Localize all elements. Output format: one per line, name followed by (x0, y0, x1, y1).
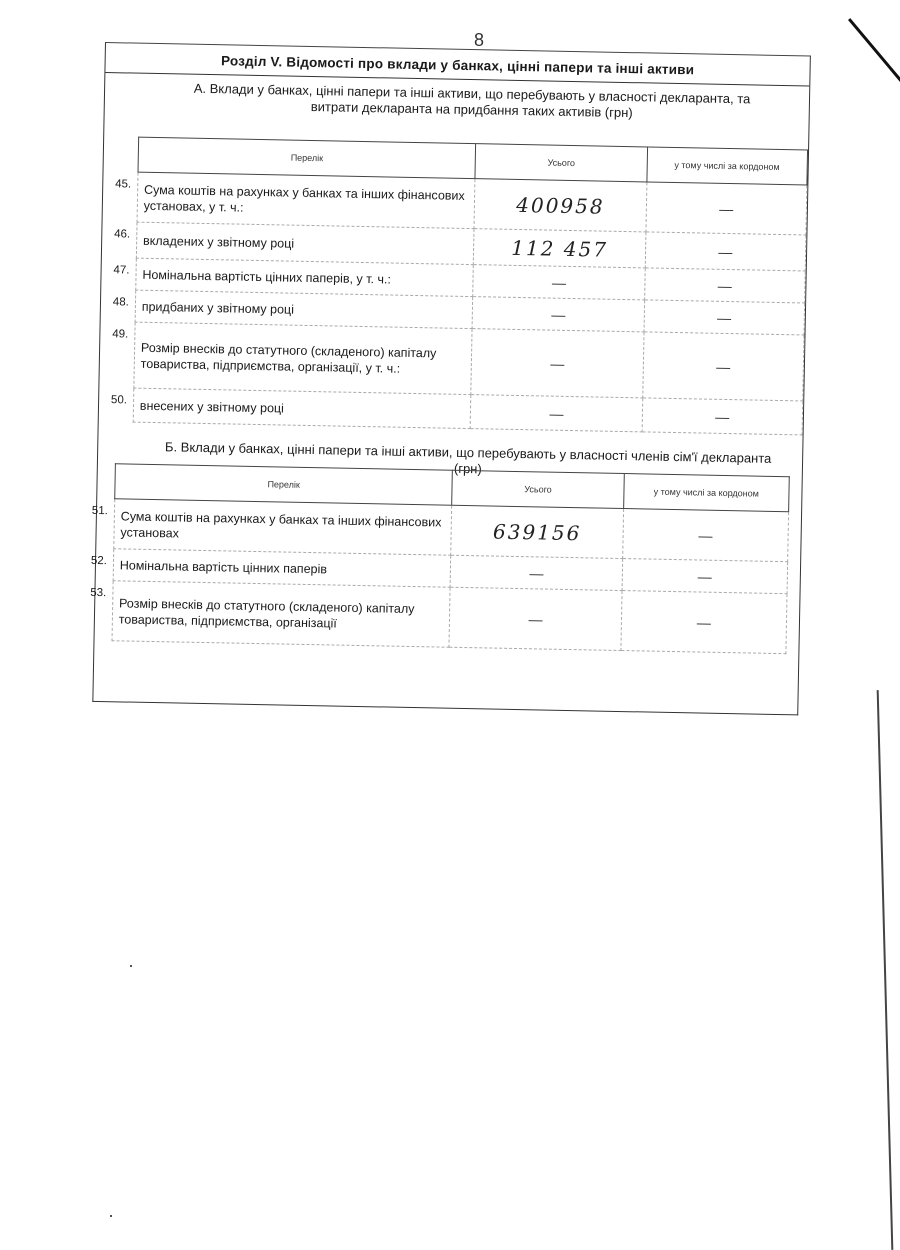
row-number: 45. (108, 172, 138, 223)
row-abroad-value: — (622, 559, 788, 594)
row-total-value: — (451, 555, 623, 590)
row-number: 49. (104, 322, 135, 389)
row-total-value: — (473, 265, 645, 300)
header-total: Усього (475, 144, 647, 182)
row-abroad-value: — (646, 182, 807, 235)
row-abroad-value: — (644, 300, 805, 335)
row-total-value: — (449, 587, 621, 650)
row-label: Сума коштів на рахунках у банках та інши… (114, 499, 452, 555)
row-abroad-value: — (645, 232, 806, 271)
part-a-table: Перелік Усього у тому числі за кордоном … (104, 136, 808, 435)
header-abroad: у тому числі за кордоном (647, 147, 808, 185)
row-number: 51. (84, 498, 114, 549)
scan-artifact-corner (848, 18, 900, 104)
row-abroad-value: — (644, 268, 805, 303)
row-number: 46. (107, 222, 137, 259)
part-b-table: Перелік Усього у тому числі за кордоном … (83, 463, 790, 654)
declaration-form-section-v: Розділ V. Відомості про вклади у банках,… (92, 42, 811, 715)
section-title: Розділ V. Відомості про вклади у банках,… (105, 43, 809, 87)
row-total-value: 639156 (451, 505, 623, 558)
row-label: Розмір внесків до статутного (складеного… (134, 322, 473, 394)
row-total-value: 400958 (474, 179, 646, 232)
table-row: 53. Розмір внесків до статутного (складе… (83, 580, 788, 653)
header-total: Усього (452, 470, 624, 508)
row-number: 48. (106, 290, 136, 323)
scan-speck (110, 1215, 112, 1217)
row-total-value: — (471, 395, 643, 432)
row-label: Розмір внесків до статутного (складеного… (112, 581, 451, 647)
row-total-value: — (471, 329, 643, 398)
row-abroad-value: — (642, 398, 803, 435)
row-total-value: — (472, 297, 644, 332)
part-a-title: А. Вклади у банках, цінні папери та інші… (175, 80, 770, 123)
row-total-value: 112 457 (474, 229, 646, 268)
row-abroad-value: — (622, 509, 788, 562)
page-number: 8 (474, 30, 484, 51)
row-label: внесених у звітному році (133, 388, 471, 428)
scan-artifact-edge (877, 690, 894, 1250)
row-number: 52. (84, 548, 114, 581)
scan-speck (130, 965, 132, 967)
row-number: 50. (104, 388, 134, 423)
row-number: 47. (106, 258, 136, 291)
row-number: 53. (83, 580, 114, 641)
row-abroad-value: — (621, 591, 787, 654)
row-abroad-value: — (642, 332, 804, 401)
row-label: Сума коштів на рахунках у банках та інши… (137, 172, 475, 228)
header-abroad: у тому числі за кордоном (623, 474, 789, 512)
